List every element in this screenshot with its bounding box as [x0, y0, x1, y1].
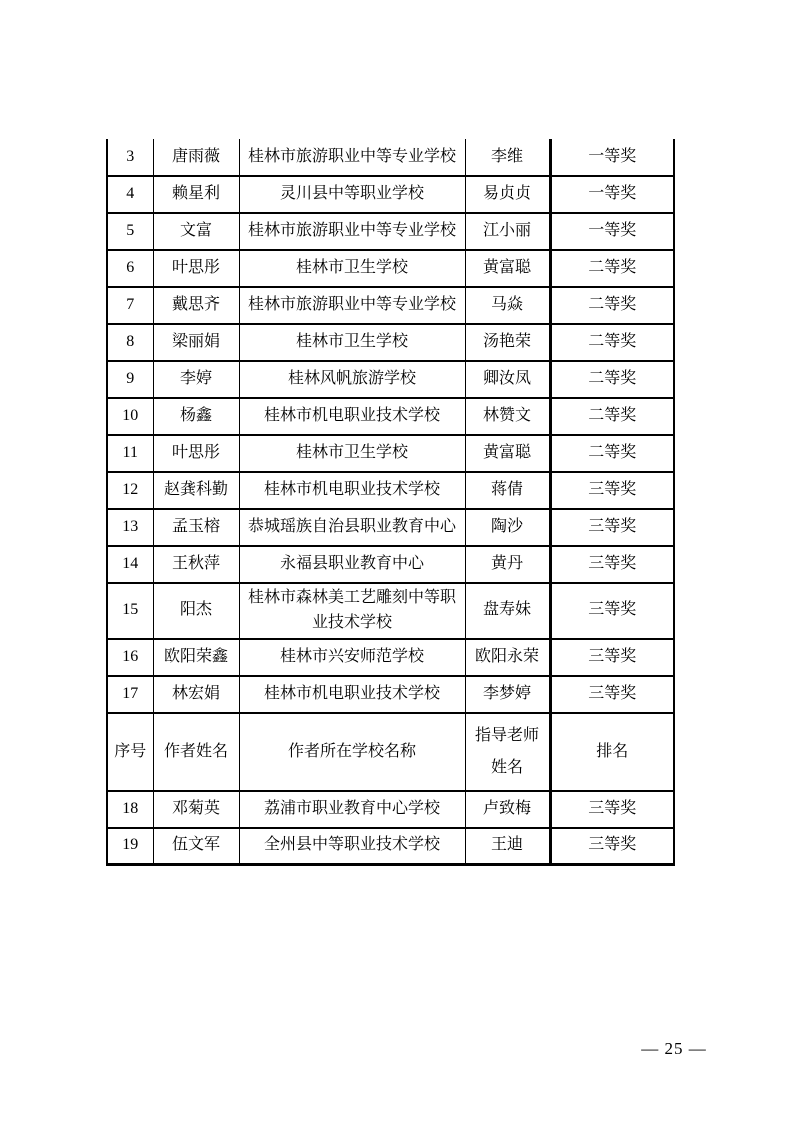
cell-school-name: 恭城瑶族自治县职业教育中心 — [239, 509, 465, 546]
cell-serial-number: 6 — [107, 250, 153, 287]
table-row: 13 孟玉榕 恭城瑶族自治县职业教育中心 陶沙 三等奖 — [107, 509, 674, 546]
table-row: 10 杨鑫 桂林市机电职业技术学校 林赞文 二等奖 — [107, 398, 674, 435]
cell-author-name: 文富 — [153, 213, 239, 250]
header-author-name: 作者姓名 — [153, 713, 239, 791]
cell-serial-number: 16 — [107, 639, 153, 676]
document-page: 3 唐雨薇 桂林市旅游职业中等专业学校 李维 一等奖 4 赖星利 灵川县中等职业… — [0, 0, 794, 1123]
cell-award-rank: 二等奖 — [550, 287, 674, 324]
table-row: 3 唐雨薇 桂林市旅游职业中等专业学校 李维 一等奖 — [107, 139, 674, 176]
table-row: 4 赖星利 灵川县中等职业学校 易贞贞 一等奖 — [107, 176, 674, 213]
cell-advisor-name: 欧阳永荣 — [465, 639, 550, 676]
cell-author-name: 伍文军 — [153, 828, 239, 865]
cell-award-rank: 二等奖 — [550, 250, 674, 287]
cell-advisor-name: 林赞文 — [465, 398, 550, 435]
table-header-row: 序号 作者姓名 作者所在学校名称 指导老师姓名 排名 — [107, 713, 674, 791]
cell-school-name: 桂林市机电职业技术学校 — [239, 676, 465, 713]
cell-serial-number: 17 — [107, 676, 153, 713]
table-row: 8 梁丽娟 桂林市卫生学校 汤艳荣 二等奖 — [107, 324, 674, 361]
cell-award-rank: 一等奖 — [550, 176, 674, 213]
cell-school-name: 桂林市森林美工艺雕刻中等职业技术学校 — [239, 583, 465, 639]
cell-award-rank: 三等奖 — [550, 639, 674, 676]
cell-award-rank: 三等奖 — [550, 676, 674, 713]
header-school-name: 作者所在学校名称 — [239, 713, 465, 791]
cell-school-name: 桂林市卫生学校 — [239, 250, 465, 287]
cell-serial-number: 5 — [107, 213, 153, 250]
cell-author-name: 梁丽娟 — [153, 324, 239, 361]
cell-school-name: 桂林市旅游职业中等专业学校 — [239, 287, 465, 324]
table-row: 19 伍文军 全州县中等职业技术学校 王迪 三等奖 — [107, 828, 674, 865]
cell-school-name: 灵川县中等职业学校 — [239, 176, 465, 213]
cell-serial-number: 14 — [107, 546, 153, 583]
table-row: 7 戴思齐 桂林市旅游职业中等专业学校 马焱 二等奖 — [107, 287, 674, 324]
cell-advisor-name: 汤艳荣 — [465, 324, 550, 361]
cell-award-rank: 二等奖 — [550, 361, 674, 398]
cell-author-name: 杨鑫 — [153, 398, 239, 435]
cell-award-rank: 三等奖 — [550, 472, 674, 509]
cell-author-name: 林宏娟 — [153, 676, 239, 713]
cell-school-name: 桂林市机电职业技术学校 — [239, 472, 465, 509]
cell-author-name: 唐雨薇 — [153, 139, 239, 176]
cell-award-rank: 三等奖 — [550, 583, 674, 639]
cell-author-name: 邓菊英 — [153, 791, 239, 828]
cell-advisor-name: 卢致梅 — [465, 791, 550, 828]
cell-author-name: 李婷 — [153, 361, 239, 398]
table-row: 9 李婷 桂林风帆旅游学校 卿汝凤 二等奖 — [107, 361, 674, 398]
cell-serial-number: 10 — [107, 398, 153, 435]
cell-school-name: 桂林市机电职业技术学校 — [239, 398, 465, 435]
cell-award-rank: 三等奖 — [550, 791, 674, 828]
cell-school-name: 桂林市卫生学校 — [239, 324, 465, 361]
cell-advisor-name: 王迪 — [465, 828, 550, 865]
cell-author-name: 欧阳荣鑫 — [153, 639, 239, 676]
cell-advisor-name: 马焱 — [465, 287, 550, 324]
cell-award-rank: 二等奖 — [550, 435, 674, 472]
header-advisor-name: 指导老师姓名 — [465, 713, 550, 791]
cell-author-name: 戴思齐 — [153, 287, 239, 324]
cell-school-name: 桂林风帆旅游学校 — [239, 361, 465, 398]
cell-author-name: 叶思彤 — [153, 250, 239, 287]
table-row: 17 林宏娟 桂林市机电职业技术学校 李梦婷 三等奖 — [107, 676, 674, 713]
cell-award-rank: 三等奖 — [550, 509, 674, 546]
table-row: 16 欧阳荣鑫 桂林市兴安师范学校 欧阳永荣 三等奖 — [107, 639, 674, 676]
cell-author-name: 孟玉榕 — [153, 509, 239, 546]
cell-advisor-name: 李维 — [465, 139, 550, 176]
table-row: 14 王秋萍 永福县职业教育中心 黄丹 三等奖 — [107, 546, 674, 583]
cell-author-name: 赖星利 — [153, 176, 239, 213]
awards-table-body: 3 唐雨薇 桂林市旅游职业中等专业学校 李维 一等奖 4 赖星利 灵川县中等职业… — [107, 139, 674, 865]
cell-serial-number: 18 — [107, 791, 153, 828]
cell-serial-number: 13 — [107, 509, 153, 546]
awards-table: 3 唐雨薇 桂林市旅游职业中等专业学校 李维 一等奖 4 赖星利 灵川县中等职业… — [106, 139, 675, 866]
cell-serial-number: 4 — [107, 176, 153, 213]
cell-award-rank: 二等奖 — [550, 398, 674, 435]
cell-school-name: 桂林市旅游职业中等专业学校 — [239, 139, 465, 176]
cell-serial-number: 9 — [107, 361, 153, 398]
cell-award-rank: 二等奖 — [550, 324, 674, 361]
table-row: 18 邓菊英 荔浦市职业教育中心学校 卢致梅 三等奖 — [107, 791, 674, 828]
cell-serial-number: 7 — [107, 287, 153, 324]
table-row: 12 赵龚科勤 桂林市机电职业技术学校 蒋倩 三等奖 — [107, 472, 674, 509]
cell-advisor-name: 黄丹 — [465, 546, 550, 583]
header-serial-number: 序号 — [107, 713, 153, 791]
cell-award-rank: 一等奖 — [550, 213, 674, 250]
cell-advisor-name: 江小丽 — [465, 213, 550, 250]
cell-advisor-name: 黄富聪 — [465, 250, 550, 287]
cell-advisor-name: 黄富聪 — [465, 435, 550, 472]
cell-school-name: 桂林市旅游职业中等专业学校 — [239, 213, 465, 250]
cell-school-name: 永福县职业教育中心 — [239, 546, 465, 583]
cell-author-name: 赵龚科勤 — [153, 472, 239, 509]
cell-serial-number: 19 — [107, 828, 153, 865]
cell-award-rank: 三等奖 — [550, 828, 674, 865]
cell-advisor-name: 盘寿妹 — [465, 583, 550, 639]
header-award-rank: 排名 — [550, 713, 674, 791]
table-row: 5 文富 桂林市旅游职业中等专业学校 江小丽 一等奖 — [107, 213, 674, 250]
cell-advisor-name: 陶沙 — [465, 509, 550, 546]
cell-author-name: 阳杰 — [153, 583, 239, 639]
cell-advisor-name: 易贞贞 — [465, 176, 550, 213]
cell-serial-number: 15 — [107, 583, 153, 639]
cell-advisor-name: 蒋倩 — [465, 472, 550, 509]
cell-serial-number: 12 — [107, 472, 153, 509]
cell-school-name: 桂林市兴安师范学校 — [239, 639, 465, 676]
cell-advisor-name: 卿汝凤 — [465, 361, 550, 398]
cell-school-name: 荔浦市职业教育中心学校 — [239, 791, 465, 828]
table-row: 11 叶思彤 桂林市卫生学校 黄富聪 二等奖 — [107, 435, 674, 472]
cell-school-name: 桂林市卫生学校 — [239, 435, 465, 472]
cell-serial-number: 3 — [107, 139, 153, 176]
cell-serial-number: 11 — [107, 435, 153, 472]
page-number: — 25 — — [628, 1039, 720, 1059]
cell-award-rank: 三等奖 — [550, 546, 674, 583]
cell-advisor-name: 李梦婷 — [465, 676, 550, 713]
table-row: 6 叶思彤 桂林市卫生学校 黄富聪 二等奖 — [107, 250, 674, 287]
cell-award-rank: 一等奖 — [550, 139, 674, 176]
cell-serial-number: 8 — [107, 324, 153, 361]
cell-author-name: 叶思彤 — [153, 435, 239, 472]
cell-school-name: 全州县中等职业技术学校 — [239, 828, 465, 865]
table-row: 15 阳杰 桂林市森林美工艺雕刻中等职业技术学校 盘寿妹 三等奖 — [107, 583, 674, 639]
cell-author-name: 王秋萍 — [153, 546, 239, 583]
